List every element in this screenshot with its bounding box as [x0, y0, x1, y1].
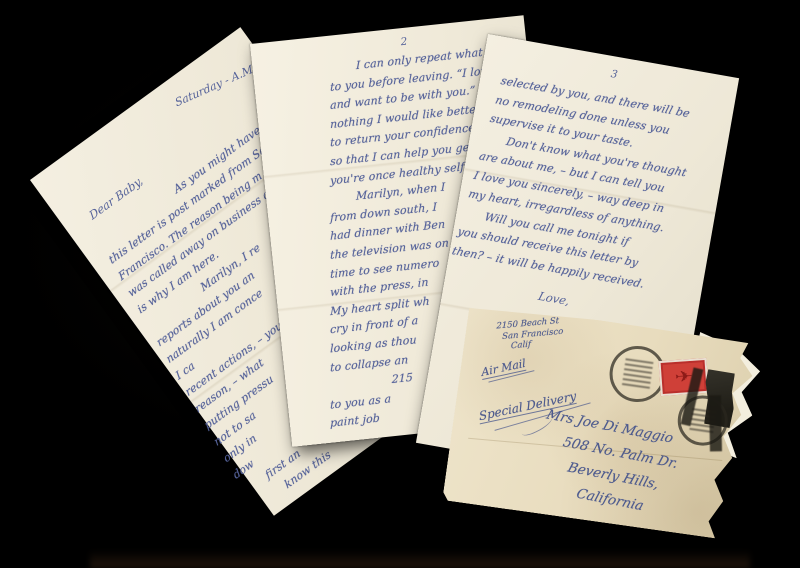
photo-background: Saturday - A.M. Dear Baby, As you might …: [0, 0, 800, 568]
page-number: 2: [400, 36, 408, 49]
date-line: Saturday - A.M.: [174, 61, 258, 109]
airmail-mark: Air Mail: [481, 357, 527, 380]
postmark-smudge: [622, 356, 654, 392]
letter-body-page-three: selected by you, and there will beno rem…: [450, 71, 706, 295]
page-number: 3: [610, 68, 619, 81]
return-address: 2150 Beach St San Francisco Calif: [496, 316, 564, 354]
closing: Love,: [537, 289, 572, 308]
recipient-address: Mrs Joe Di Maggio 508 No. Palm Dr. Bever…: [522, 403, 688, 522]
photo-light-reflection: [90, 550, 750, 568]
cancellation-smear: [709, 395, 722, 451]
envelope: 2150 Beach St San Francisco Calif Air Ma…: [442, 302, 757, 540]
